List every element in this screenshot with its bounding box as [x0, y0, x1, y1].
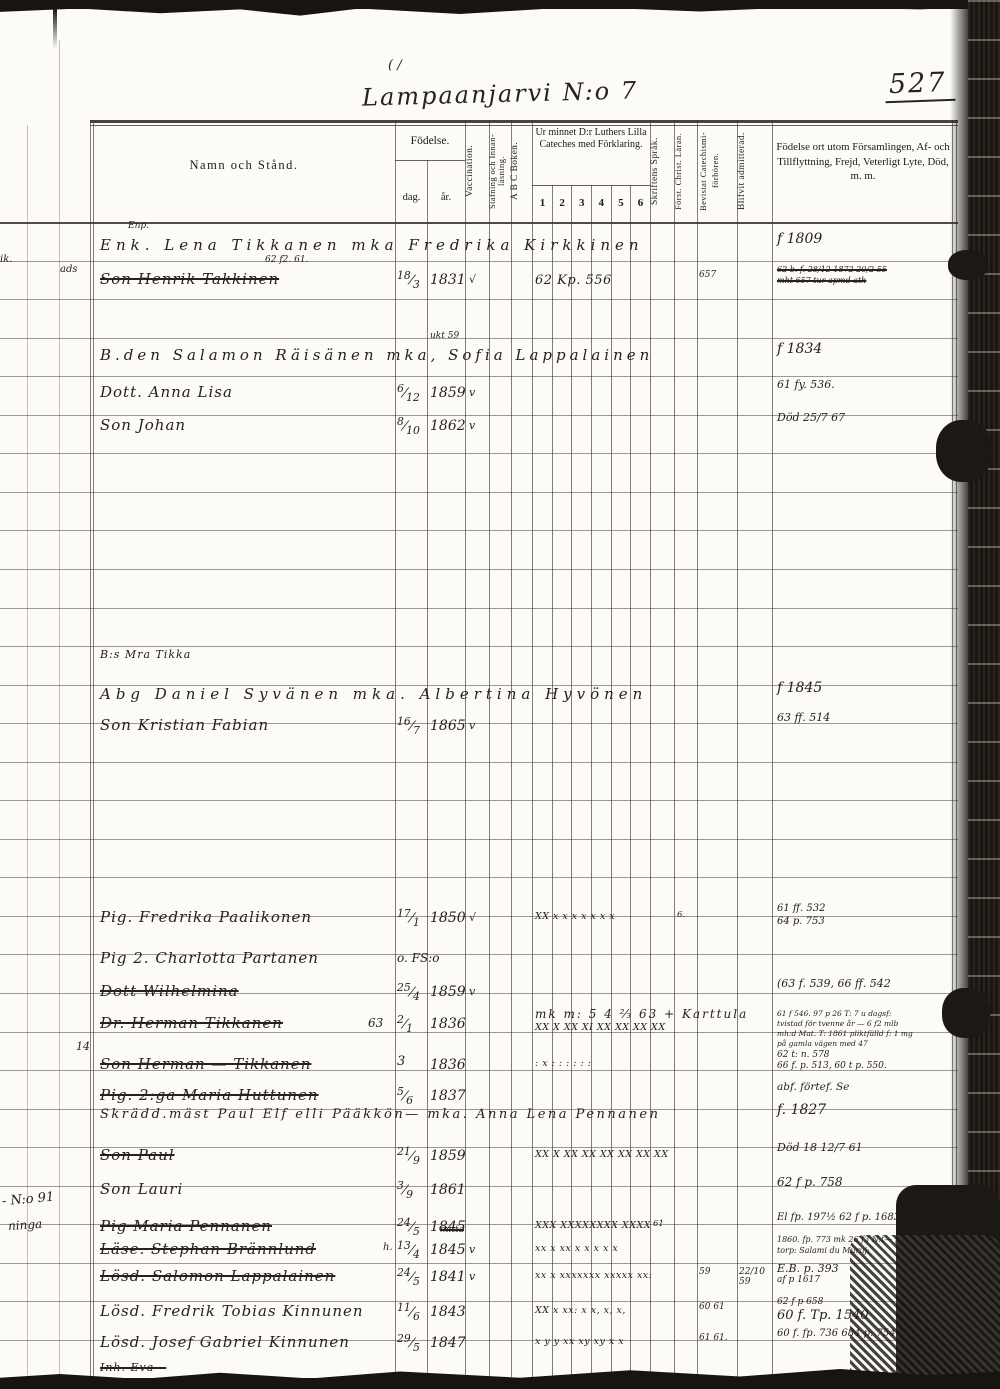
column-line: [90, 120, 91, 1377]
entry-birth-year: 1859: [430, 1148, 466, 1164]
entry-name: Pig. 2:ga Maria Huttunen: [100, 1086, 319, 1104]
margin-note: ninga: [8, 1217, 43, 1233]
entry-above-note: 62 f2. 61.: [265, 255, 308, 265]
entry-birth-day: 24⁄5: [397, 1266, 420, 1288]
entry-note: Död 25/7 67: [777, 411, 845, 424]
catechism-column-number: 1: [533, 197, 552, 209]
column-line: [611, 185, 612, 1377]
catechism-column-number: 6: [631, 197, 650, 209]
entry-name-suffix: 63: [368, 1016, 383, 1030]
entry-catechism-marks: 62 Kp. 556: [535, 273, 612, 288]
entry-name: B.den Salamon Räisänen mka, Sofia Lappal…: [100, 346, 653, 364]
entry-birth-day: 11⁄6: [397, 1301, 420, 1323]
entry-birth-year: 1837: [430, 1088, 466, 1104]
entry-birth-day: 17⁄1: [397, 907, 420, 929]
margin-note: ads: [60, 264, 78, 275]
entry-note: f. 1827: [777, 1102, 826, 1118]
entry-note: mht 657 tur apmd ath: [777, 276, 866, 285]
entry-catechism-marks: XX X XX XX XX XX XX XX: [535, 1149, 669, 1160]
scanned-ledger-page: ( / Lampaanjarvi N:o 7 527 Namn och Stån…: [0, 0, 1000, 1389]
ruled-line: [0, 762, 958, 763]
entry-birth-day: 24⁄5: [397, 1216, 420, 1238]
scan-artifact-right-fade: [950, 0, 968, 1389]
entry-birth-year: 1862: [430, 418, 466, 434]
scan-artifact-bottom-edge: [0, 1378, 1000, 1389]
entry-day-note: h.: [383, 1242, 393, 1253]
column-header-spelling: Stafning och Innan-läsning.: [488, 124, 511, 218]
scan-artifact-blob: [948, 250, 988, 280]
entry-birth-day: 25⁄4: [397, 981, 420, 1003]
entry-catechism-marks: XX x xx: x x, x, x,: [535, 1305, 626, 1316]
entry-vaccination-mark: v: [469, 1243, 475, 1256]
entry-name: B:s Mra Tikka: [100, 648, 191, 661]
entry-birth-day: 5⁄6: [397, 1085, 413, 1107]
entry-catechism-marks: XX X XX XI XX XX XX XX: [535, 1022, 666, 1033]
entry-name: Dott. Anna Lisa: [100, 383, 233, 401]
entry-catechism-marks: xx x xx x x x x x: [535, 1243, 618, 1254]
entry-birth-year: 1841: [430, 1269, 466, 1285]
entry-name: Abg Daniel Syvänen mka. Albertina Hyvöne…: [100, 685, 647, 703]
entry-note: f 1809: [777, 231, 822, 247]
scan-artifact-fold-drip: [53, 9, 57, 49]
entry-birth-day: 2⁄1: [397, 1013, 413, 1035]
margin-note: 14: [76, 1040, 90, 1053]
column-line: [772, 120, 773, 1377]
entry-note: 61 ff. 532: [777, 903, 825, 914]
column-line: [571, 185, 572, 1377]
scan-artifact-right-band: [968, 0, 1000, 1389]
entry-name: Son Lauri: [100, 1180, 183, 1198]
entry-attended-exams: 657: [699, 270, 735, 280]
entry-attended-exams: 61 61.: [699, 1333, 735, 1343]
column-header-birth-year: år.: [428, 192, 464, 203]
entry-vaccination-mark: v: [469, 985, 475, 998]
column-line: [737, 120, 738, 1377]
entry-vaccination-mark: v: [469, 1270, 475, 1283]
entry-birth-day: 3⁄9: [397, 1179, 413, 1201]
scan-artifact-mottle: [850, 1235, 1000, 1389]
entry-name: Pig. Fredrika Paalikonen: [100, 908, 312, 926]
entry-note: Död 18 12/7 61: [777, 1141, 863, 1154]
margin-note: - N:o 91: [1, 1190, 54, 1210]
entry-note: E.B. p. 393: [777, 1262, 839, 1275]
entry-note: 63 ff. 514: [777, 711, 830, 724]
column-header-catechism: Ur minnet D:r Luthers Lilla Cateches med…: [533, 127, 649, 150]
entry-note: 62 f p 658: [777, 1297, 823, 1307]
entry-catechism-marks: XXX XXXXXXXX XXXX: [535, 1220, 651, 1231]
entry-vaccination-mark: √: [469, 911, 476, 924]
entry-birth-year: 1859: [430, 984, 466, 1000]
entry-birth-day: 8⁄10: [397, 415, 420, 437]
column-line: [395, 120, 396, 1377]
entry-birth-year: 1861: [430, 1182, 466, 1198]
entry-vaccination-mark: v: [469, 419, 475, 432]
ruled-line: [0, 569, 958, 570]
entry-name: Son Paul: [100, 1146, 175, 1164]
ruled-line: [0, 839, 958, 840]
entry-birth-year: 1845: [430, 1242, 466, 1258]
page-title: Lampaanjarvi N:o 7: [362, 76, 639, 111]
margin-fold-line: [59, 40, 60, 1389]
entry-birth-year: 1850: [430, 910, 466, 926]
entry-vaccination-mark: v: [469, 386, 475, 399]
entry-note: El fp. 197½ 62 f p. 1683.: [777, 1212, 903, 1223]
entry-note: 62 f p. 758: [777, 1175, 843, 1189]
ruled-line: [0, 646, 958, 647]
entry-note: af p 1617: [777, 1275, 820, 1285]
entry-note: 61 f 546. 97 p 26 T: 7 u dagsf:: [777, 1009, 891, 1018]
entry-catechism-note: mk m: 5 4 ⅔ 63 + Karttula: [535, 1007, 748, 1021]
entry-name: Lösd. Fredrik Tobias Kinnunen: [100, 1302, 364, 1320]
page-number: 527: [884, 67, 955, 103]
entry-name: Lösd. Josef Gabriel Kinnunen: [100, 1333, 350, 1351]
ruled-line: [0, 338, 958, 339]
column-header-birth: Födelse.: [395, 135, 465, 147]
entry-script-language: 61: [653, 1219, 664, 1229]
ruled-line: [0, 608, 958, 609]
entry-name: Pig 2. Charlotta Partanen: [100, 949, 319, 967]
ruled-line: [0, 453, 958, 454]
entry-note: 61 fy. 536.: [777, 378, 835, 391]
column-line: [489, 120, 490, 1377]
column-line: [697, 120, 698, 1377]
column-header-vaccination: Vaccination.: [465, 124, 489, 218]
entry-name: Dott Wilhelmina: [100, 982, 239, 1000]
entry-note: 62 b. f. 28/12 1872 20/2 55: [777, 265, 887, 274]
entry-birth-day: 21⁄9: [397, 1145, 420, 1167]
entry-note: 62 t: n. 578: [777, 1050, 830, 1060]
entry-above-note: Enp.: [128, 221, 149, 231]
entry-birth-day: 13⁄4: [397, 1239, 420, 1261]
column-header-birth-day: dag.: [396, 192, 427, 203]
entry-name: Pig Maria Pennanen: [100, 1217, 272, 1235]
column-line: [532, 120, 533, 1377]
entry-birth-note: o. FS:o: [397, 951, 439, 965]
entry-vaccination-mark: v: [469, 719, 475, 732]
entry-note: f 1845: [777, 680, 822, 696]
entry-birth-year: 1865: [430, 718, 466, 734]
column-header-admitted: Blifvit admitterad.: [737, 124, 772, 218]
entry-name: Son Johan: [100, 416, 186, 434]
entry-note: på gamla vägen med 47: [777, 1039, 868, 1048]
entry-birth-day: 6⁄12: [397, 382, 420, 404]
entry-birth-day: 29⁄5: [397, 1332, 420, 1354]
entry-attended-exams: 59: [699, 1267, 735, 1277]
entry-birth-year: 1836: [430, 1016, 466, 1032]
column-line: [511, 120, 512, 1377]
entry-name: Son Herman — Tikkanen: [100, 1055, 311, 1073]
ruled-line: [0, 299, 958, 300]
entry-note: (63 f. 539, 66 ff. 542: [777, 977, 891, 990]
table-top-rule: [90, 120, 958, 123]
ruled-line: [0, 877, 958, 878]
column-line: [650, 120, 651, 1377]
ruled-line: [0, 530, 958, 531]
catechism-column-number: 5: [611, 197, 630, 209]
column-line: [552, 185, 553, 1377]
entry-name: Läse. Stephan Brännlund: [100, 1240, 316, 1258]
entry-note: f 1834: [777, 341, 822, 357]
ruled-line: [0, 376, 958, 377]
catechism-column-number: 2: [553, 197, 572, 209]
column-line: [591, 185, 592, 1377]
column-header-script-language: Skriftens Språk.: [650, 124, 674, 218]
column-line: [427, 160, 428, 1377]
entry-above-note: ukt 59: [430, 331, 459, 341]
column-header-attended-exams: Bevistat Catechismi-förhören.: [697, 124, 737, 218]
entry-note: abf. förtef. Se: [777, 1081, 849, 1093]
table-top-rule: [90, 125, 958, 126]
entry-catechism-marks: : x : : : : : :: [535, 1058, 591, 1069]
entry-birth-day: 3: [397, 1054, 405, 1069]
entry-name: Son Kristian Fabian: [100, 716, 269, 734]
entry-note: 64 p. 753: [777, 916, 825, 927]
column-line: [674, 120, 675, 1377]
entry-note: 66 f. p. 513, 60 t p. 550.: [777, 1061, 887, 1071]
entry-attended-exams: 60 61: [699, 1302, 735, 1312]
ruled-line: [0, 261, 958, 262]
entry-name: Dr. Herman Tikkanen: [100, 1014, 283, 1032]
entry-birth-year: 1836: [430, 1057, 466, 1073]
entry-note: mh:d Mat. T: 1861 pliktfälld f: 1 mg: [777, 1029, 913, 1038]
entry-birth-day: 16⁄7: [397, 715, 420, 737]
entry-name: Son Henrik Takkinen: [100, 270, 279, 288]
entry-birth-year: 1847: [430, 1335, 466, 1351]
catechism-column-number: 3: [572, 197, 591, 209]
entry-name: Skrädd.mäst Paul Elf elli Pääkkön— mka. …: [100, 1107, 660, 1122]
column-header-name: Namn och Stånd.: [93, 158, 395, 173]
entry-birth-year: 1843: [430, 1304, 466, 1320]
scan-artifact-blob: [942, 988, 990, 1038]
column-line: [630, 185, 631, 1377]
entry-birth-day: 18⁄3: [397, 269, 420, 291]
entry-name: Inh. Eva—: [100, 1361, 166, 1374]
entry-catechism-marks: XX x x x x x x x: [535, 911, 615, 922]
entry-admitted: 22/10 59: [739, 1267, 769, 1287]
ruled-line: [0, 492, 958, 493]
column-header-abc-book: A B C Boken.: [510, 124, 532, 218]
column-header-first-christ: Först. Christ. Läran.: [674, 124, 697, 218]
column-line: [93, 120, 94, 1377]
catechism-column-number: 4: [592, 197, 611, 209]
entry-name: Enk. Lena Tikkanen mka Fredrika Kirkkine…: [100, 236, 644, 254]
entry-birth-year: 1859: [430, 385, 466, 401]
entry-note: tvistad för tvenne år — 6 f2 mlb: [777, 1019, 898, 1028]
entry-birth-year: 1831: [430, 272, 466, 288]
entry-above-note: mitta: [440, 1225, 464, 1235]
column-header-notes: Födelse ort utom Församlingen, Af- och T…: [775, 140, 951, 184]
entry-name: Lösd. Salomon Lappalainen: [100, 1267, 335, 1285]
entry-vaccination-mark: √: [469, 273, 476, 286]
title-flourish: ( /: [388, 58, 402, 73]
entry-catechism-marks: xx x xxxxxxx xxxxx xx:: [535, 1270, 652, 1281]
entry-catechism-marks: x y y xx xy xy x x: [535, 1336, 624, 1347]
ruled-line: [0, 800, 958, 801]
header-sub-rule: [395, 160, 465, 161]
margin-note: ik.: [0, 254, 12, 265]
entry-first-christ: 6.: [677, 910, 685, 920]
scan-artifact-blob: [936, 420, 992, 482]
